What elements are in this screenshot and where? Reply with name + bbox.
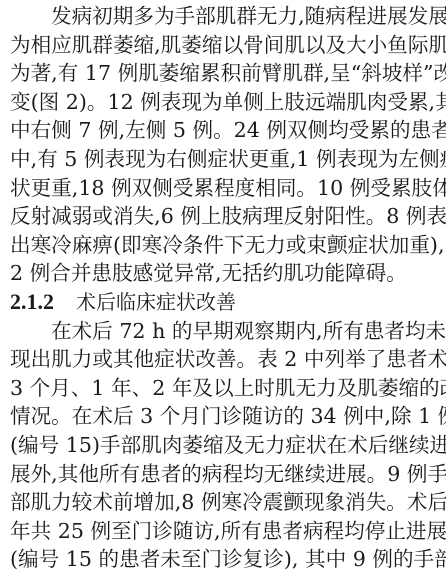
paragraph-postop-improvement: 在术后 72 h 的早期观察期内,所有患者均未表 现出肌力或其他症状改善。表 2… xyxy=(10,317,438,574)
paper-text-body: 发病初期多为手部肌群无力,随病程进展发展 为相应肌群萎缩,肌萎缩以骨间肌以及大小… xyxy=(10,2,438,574)
paragraph-symptoms: 发病初期多为手部肌群无力,随病程进展发展 为相应肌群萎缩,肌萎缩以骨间肌以及大小… xyxy=(10,2,438,288)
text-line: 3 个月、1 年、2 年及以上时肌无力及肌萎缩的改善 xyxy=(10,374,438,403)
section-number: 2.1.2 xyxy=(10,289,54,314)
text-line: 中右侧 7 例,左侧 5 例。24 例双侧均受累的患者 xyxy=(10,116,438,145)
section-heading: 2.1.2术后临床症状改善 xyxy=(10,288,438,317)
text-line: (编号 15 的患者未至门诊复诊), 其中 9 例的手部 xyxy=(10,545,438,574)
text-line: 2 例合并患肢感觉异常,无括约肌功能障碍。 xyxy=(10,259,438,288)
text-line: 发病初期多为手部肌群无力,随病程进展发展 xyxy=(10,2,438,31)
text-line: 在术后 72 h 的早期观察期内,所有患者均未表 xyxy=(10,317,438,346)
text-line: 出寒冷麻痹(即寒冷条件下无力或束颤症状加重), xyxy=(10,231,438,260)
text-line: 状更重,18 例双侧受累程度相同。10 例受累肢体腱 xyxy=(10,174,438,203)
text-line: (编号 15)手部肌肉萎缩及无力症状在术后继续进 xyxy=(10,431,438,460)
text-line: 为著,有 17 例肌萎缩累积前臂肌群,呈“斜坡样”改 xyxy=(10,59,438,88)
section-title: 术后临床症状改善 xyxy=(76,290,236,314)
text-line: 中,有 5 例表现为右侧症状更重,1 例表现为左侧症 xyxy=(10,145,438,174)
text-line: 为相应肌群萎缩,肌萎缩以骨间肌以及大小鱼际肌 xyxy=(10,31,438,60)
text-line: 年共 25 例至门诊随访,所有患者病程均停止进展 xyxy=(10,517,438,546)
text-line: 现出肌力或其他症状改善。表 2 中列举了患者术后 xyxy=(10,345,438,374)
text-line: 情况。在术后 3 个月门诊随访的 34 例中,除 1 例 xyxy=(10,402,438,431)
text-line: 反射减弱或消失,6 例上肢病理反射阳性。8 例表现 xyxy=(10,202,438,231)
text-line: 展外,其他所有患者的病程均无继续进展。9 例手 xyxy=(10,460,438,489)
text-line: 变(图 2)。12 例表现为单侧上肢远端肌肉受累,其 xyxy=(10,88,438,117)
text-line: 部肌力较术前增加,8 例寒冷震颤现象消失。术后 1 xyxy=(10,488,438,517)
